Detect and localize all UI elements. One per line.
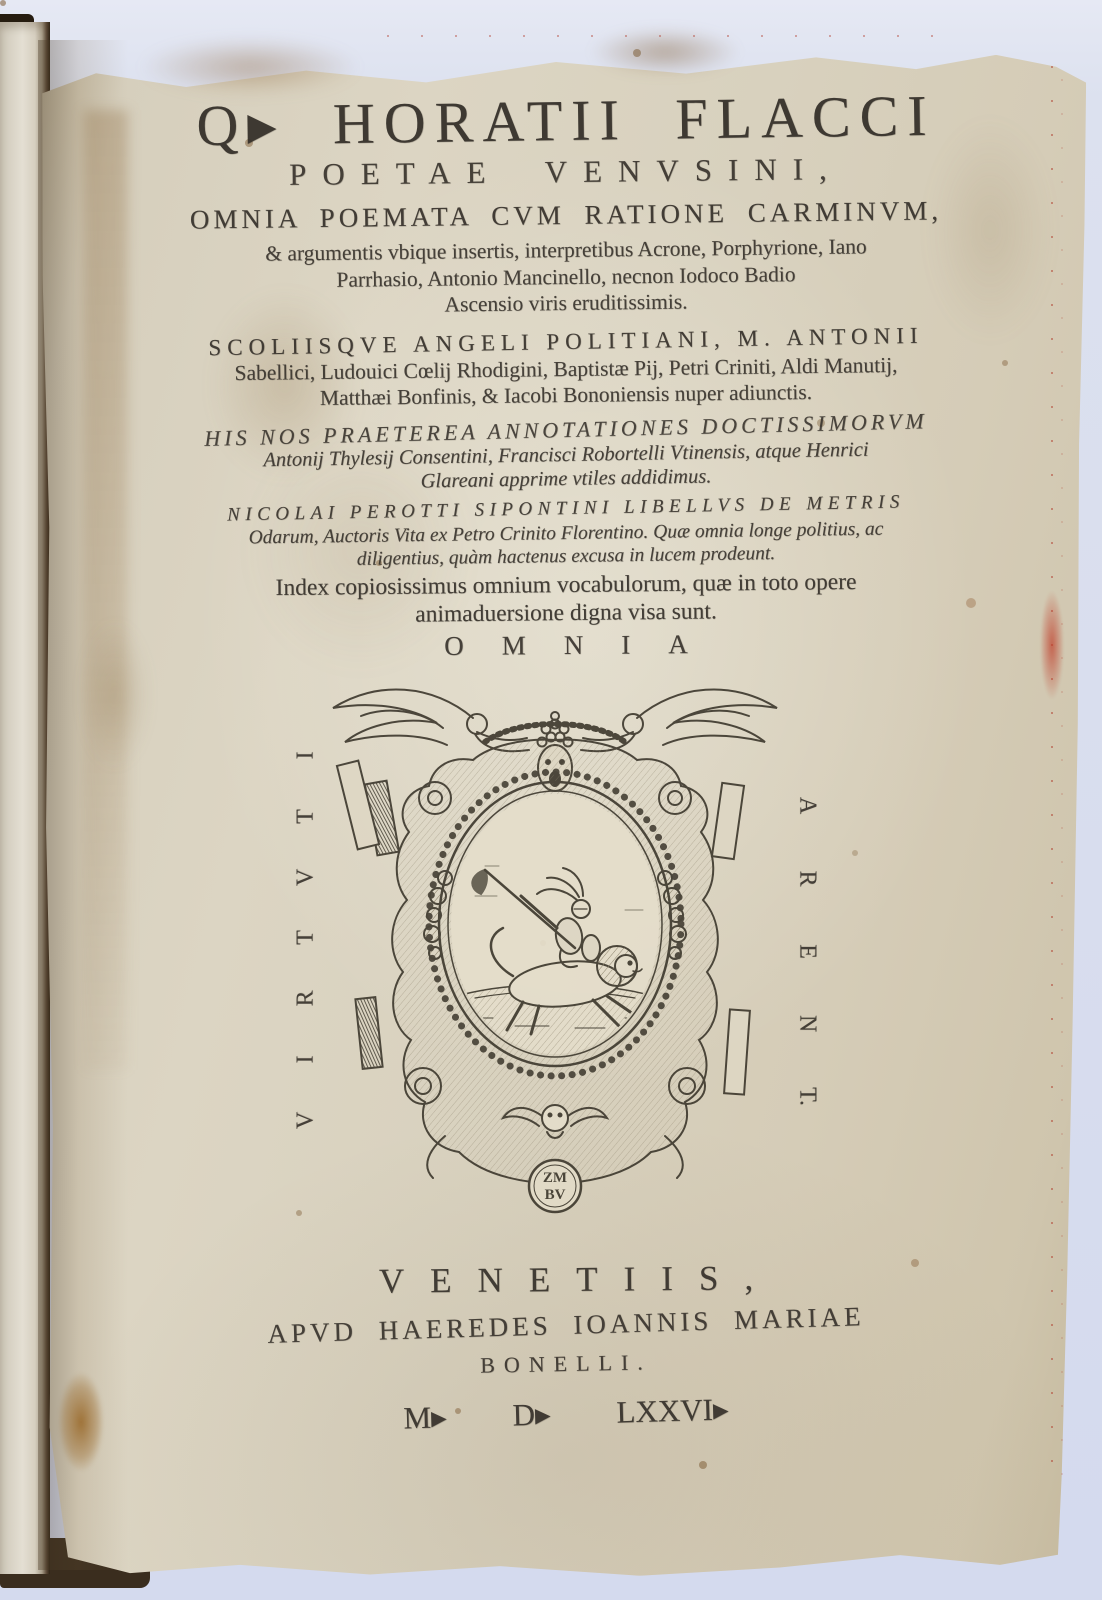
- angel-right-icon: [581, 689, 777, 751]
- printer-device: I T V T R I V A R E N T.: [295, 664, 815, 1242]
- book-photo: Q▸ HORATII FLACCI POETAE VENVSINI, OMNIA…: [0, 0, 1102, 1600]
- motto-letter: T.: [794, 1083, 821, 1111]
- foxing-spots: [0, 0, 6, 6]
- motto-letter: T: [293, 924, 320, 952]
- motto-letter: I: [293, 742, 320, 770]
- monogram-medallion: ZM BV: [529, 1160, 581, 1212]
- motto-letter: R: [293, 985, 320, 1013]
- date-part: LXXVI▸: [616, 1391, 729, 1430]
- angel-left-icon: [333, 689, 529, 751]
- main-title: Q▸ HORATII FLACCI: [52, 79, 1081, 161]
- date-part: D▸: [512, 1396, 551, 1433]
- monogram-top-letters: ZM: [543, 1170, 567, 1186]
- motto-letter: V: [293, 1106, 320, 1134]
- motto-letter: R: [794, 864, 821, 892]
- motto-letter: T: [293, 802, 320, 830]
- motto-virtvti-column: I T V T R I V: [292, 742, 320, 1134]
- motto-letter: I: [293, 1046, 320, 1074]
- motto-letter: N: [794, 1010, 821, 1038]
- monogram-bottom-letters: BV: [545, 1187, 566, 1203]
- stain: [140, 38, 360, 96]
- motto-letter: V: [293, 863, 320, 891]
- motto-letter: A: [794, 792, 821, 820]
- date-part: M▸: [403, 1399, 447, 1436]
- red-sprinkled-top-edge: [380, 32, 940, 42]
- motto-arent-column: A R E N T.: [793, 792, 821, 1110]
- motto-letter: E: [794, 937, 821, 965]
- woodcut-cartouche: ZM BV: [325, 666, 785, 1241]
